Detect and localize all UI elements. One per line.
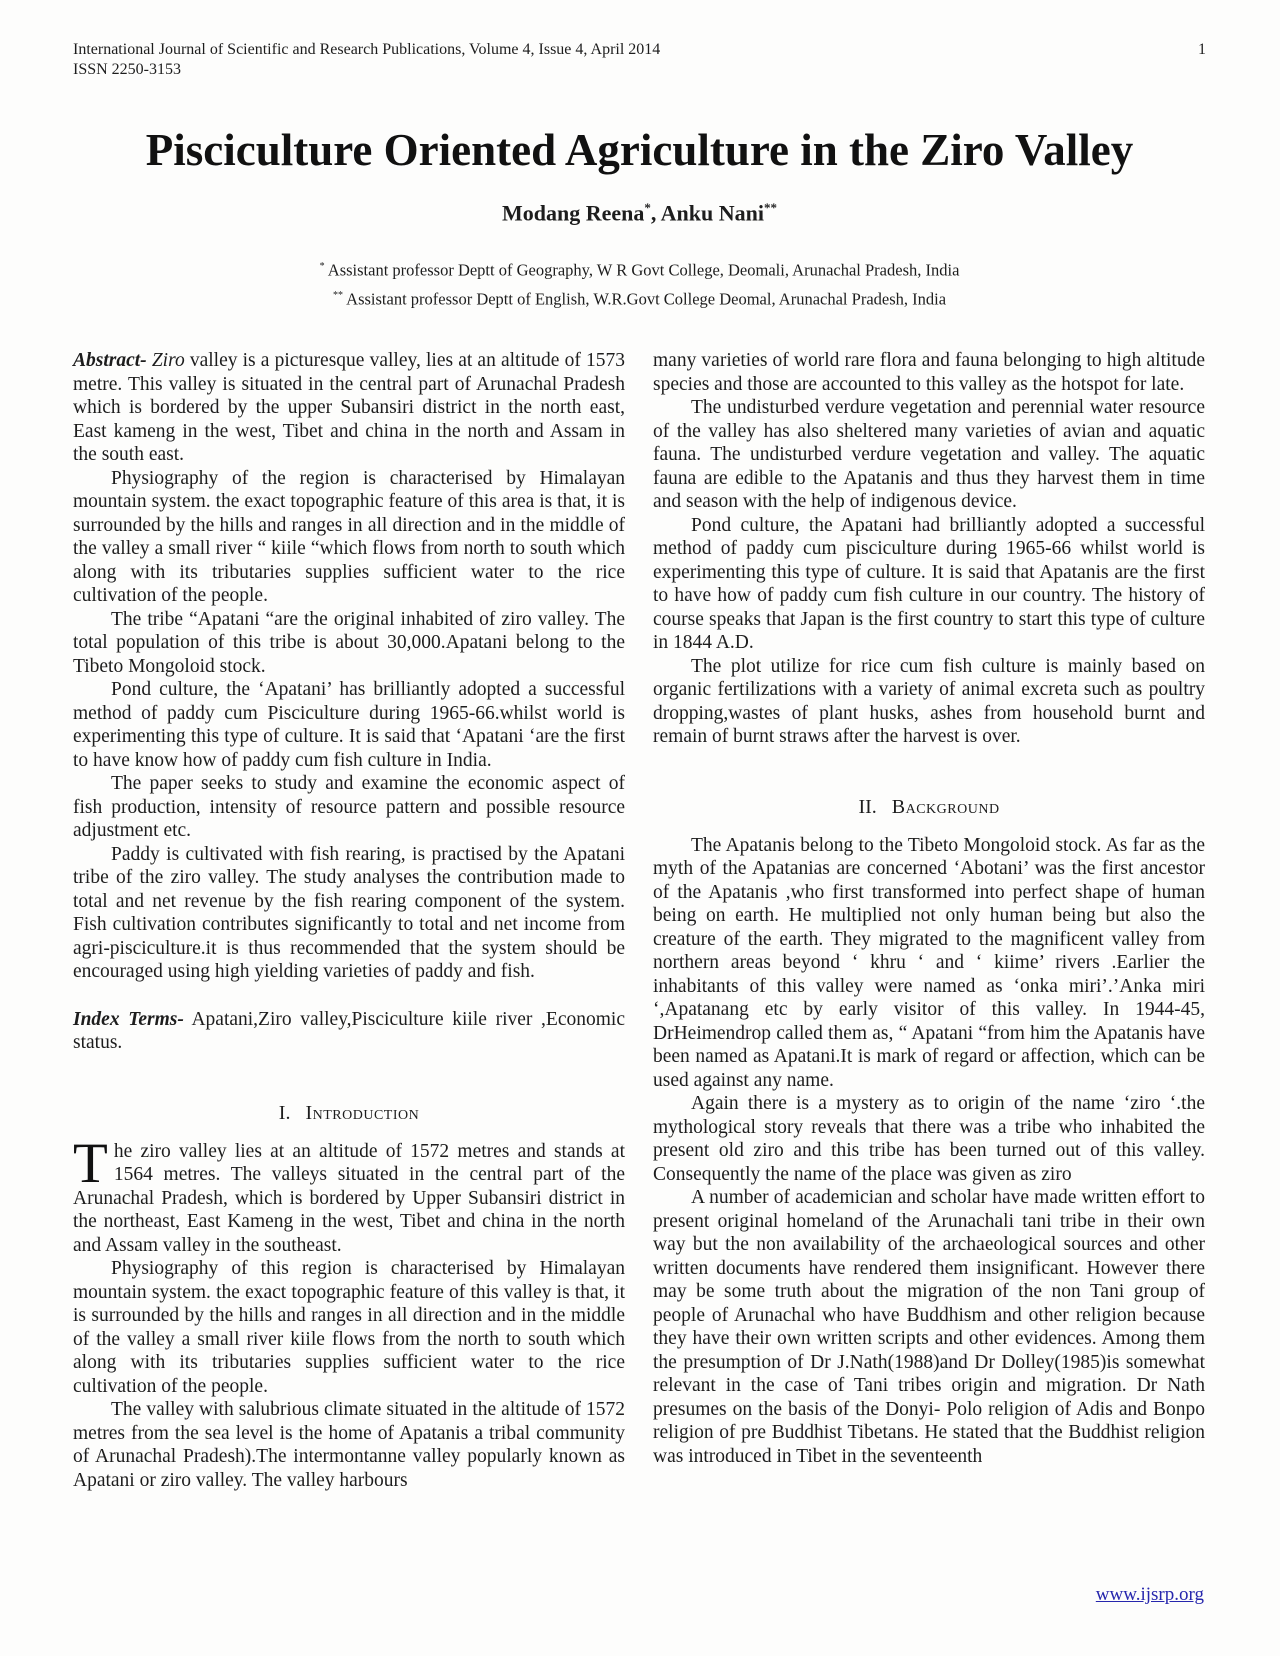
index-terms-paragraph: Index Terms- Apatani,Ziro valley,Piscicu… <box>73 1008 625 1055</box>
affiliation-2: ** Assistant professor Deptt of English,… <box>73 283 1206 312</box>
affiliation-2-text: Assistant professor Deptt of English, W.… <box>343 289 946 308</box>
paragraph-scholars-migration: A number of academician and scholar have… <box>653 1186 1205 1468</box>
left-column: Abstract- Ziro valley is a picturesque v… <box>73 349 625 1492</box>
author-2-mark: ** <box>764 200 777 215</box>
section-2-number: II. <box>858 796 876 818</box>
abstract-label: Abstract- <box>73 350 147 371</box>
paragraph-pond-culture-2: Pond culture, the Apatani had brilliantl… <box>653 514 1205 655</box>
page-number: 1 <box>1198 40 1206 80</box>
authors-line: Modang Reena*, Anku Nani** <box>73 200 1206 226</box>
introduction-first-paragraph: The ziro valley lies at an altitude of 1… <box>73 1140 625 1258</box>
paragraph-paper-seeks: The paper seeks to study and examine the… <box>73 772 625 843</box>
affiliation-1-text: Assistant professor Deptt of Geography, … <box>325 261 960 280</box>
paper-page: International Journal of Scientific and … <box>0 0 1280 1656</box>
author-1: Modang Reena <box>502 200 644 225</box>
affiliation-2-mark: ** <box>333 290 343 301</box>
abstract-italic-word: Ziro <box>147 350 185 371</box>
body-columns: Abstract- Ziro valley is a picturesque v… <box>73 349 1206 1492</box>
paragraph-verdure-vegetation: The undisturbed verdure vegetation and p… <box>653 396 1205 514</box>
abstract-paragraph: Abstract- Ziro valley is a picturesque v… <box>73 349 625 467</box>
author-2: Anku Nani <box>661 200 764 225</box>
section-heading-background: II.Background <box>653 795 1205 819</box>
drop-cap: T <box>73 1140 114 1186</box>
paragraph-salubrious-climate: The valley with salubrious climate situa… <box>73 1398 625 1492</box>
paragraph-ziro-mystery: Again there is a mystery as to origin of… <box>653 1092 1205 1186</box>
paragraph-plot-utilize: The plot utilize for rice cum fish cultu… <box>653 655 1205 749</box>
issn-line: ISSN 2250-3153 <box>73 60 660 80</box>
paragraph-physiography-valley: Physiography of this region is character… <box>73 1257 625 1398</box>
section-heading-introduction: I.Introduction <box>73 1101 625 1125</box>
affiliations: * Assistant professor Deptt of Geography… <box>73 254 1206 311</box>
paragraph-flora-fauna: many varieties of world rare flora and f… <box>653 349 1205 396</box>
paragraph-paddy-fish: Paddy is cultivated with fish rearing, i… <box>73 843 625 984</box>
authors-separator: , <box>651 200 661 225</box>
paper-title: Pisciculture Oriented Agriculture in the… <box>73 124 1206 176</box>
paragraph-apatani-myth: The Apatanis belong to the Tibeto Mongol… <box>653 834 1205 1093</box>
section-1-title: Introduction <box>305 1102 419 1124</box>
paragraph-pond-culture: Pond culture, the ‘Apatani’ has brillian… <box>73 678 625 772</box>
index-terms-label: Index Terms- <box>73 1009 184 1030</box>
introduction-first-text: he ziro valley lies at an altitude of 15… <box>73 1141 625 1256</box>
section-1-number: I. <box>279 1102 291 1124</box>
paragraph-physiography-region: Physiography of the region is characteri… <box>73 467 625 608</box>
journal-line: International Journal of Scientific and … <box>73 40 660 60</box>
paragraph-tribe-apatani: The tribe “Apatani “are the original inh… <box>73 608 625 679</box>
running-head-left: International Journal of Scientific and … <box>73 40 660 80</box>
affiliation-1: * Assistant professor Deptt of Geography… <box>73 254 1206 283</box>
running-head: International Journal of Scientific and … <box>73 40 1206 80</box>
right-column: many varieties of world rare flora and f… <box>653 349 1205 1492</box>
journal-website-link[interactable]: www.ijsrp.org <box>1096 1584 1204 1606</box>
section-2-title: Background <box>892 796 1000 818</box>
